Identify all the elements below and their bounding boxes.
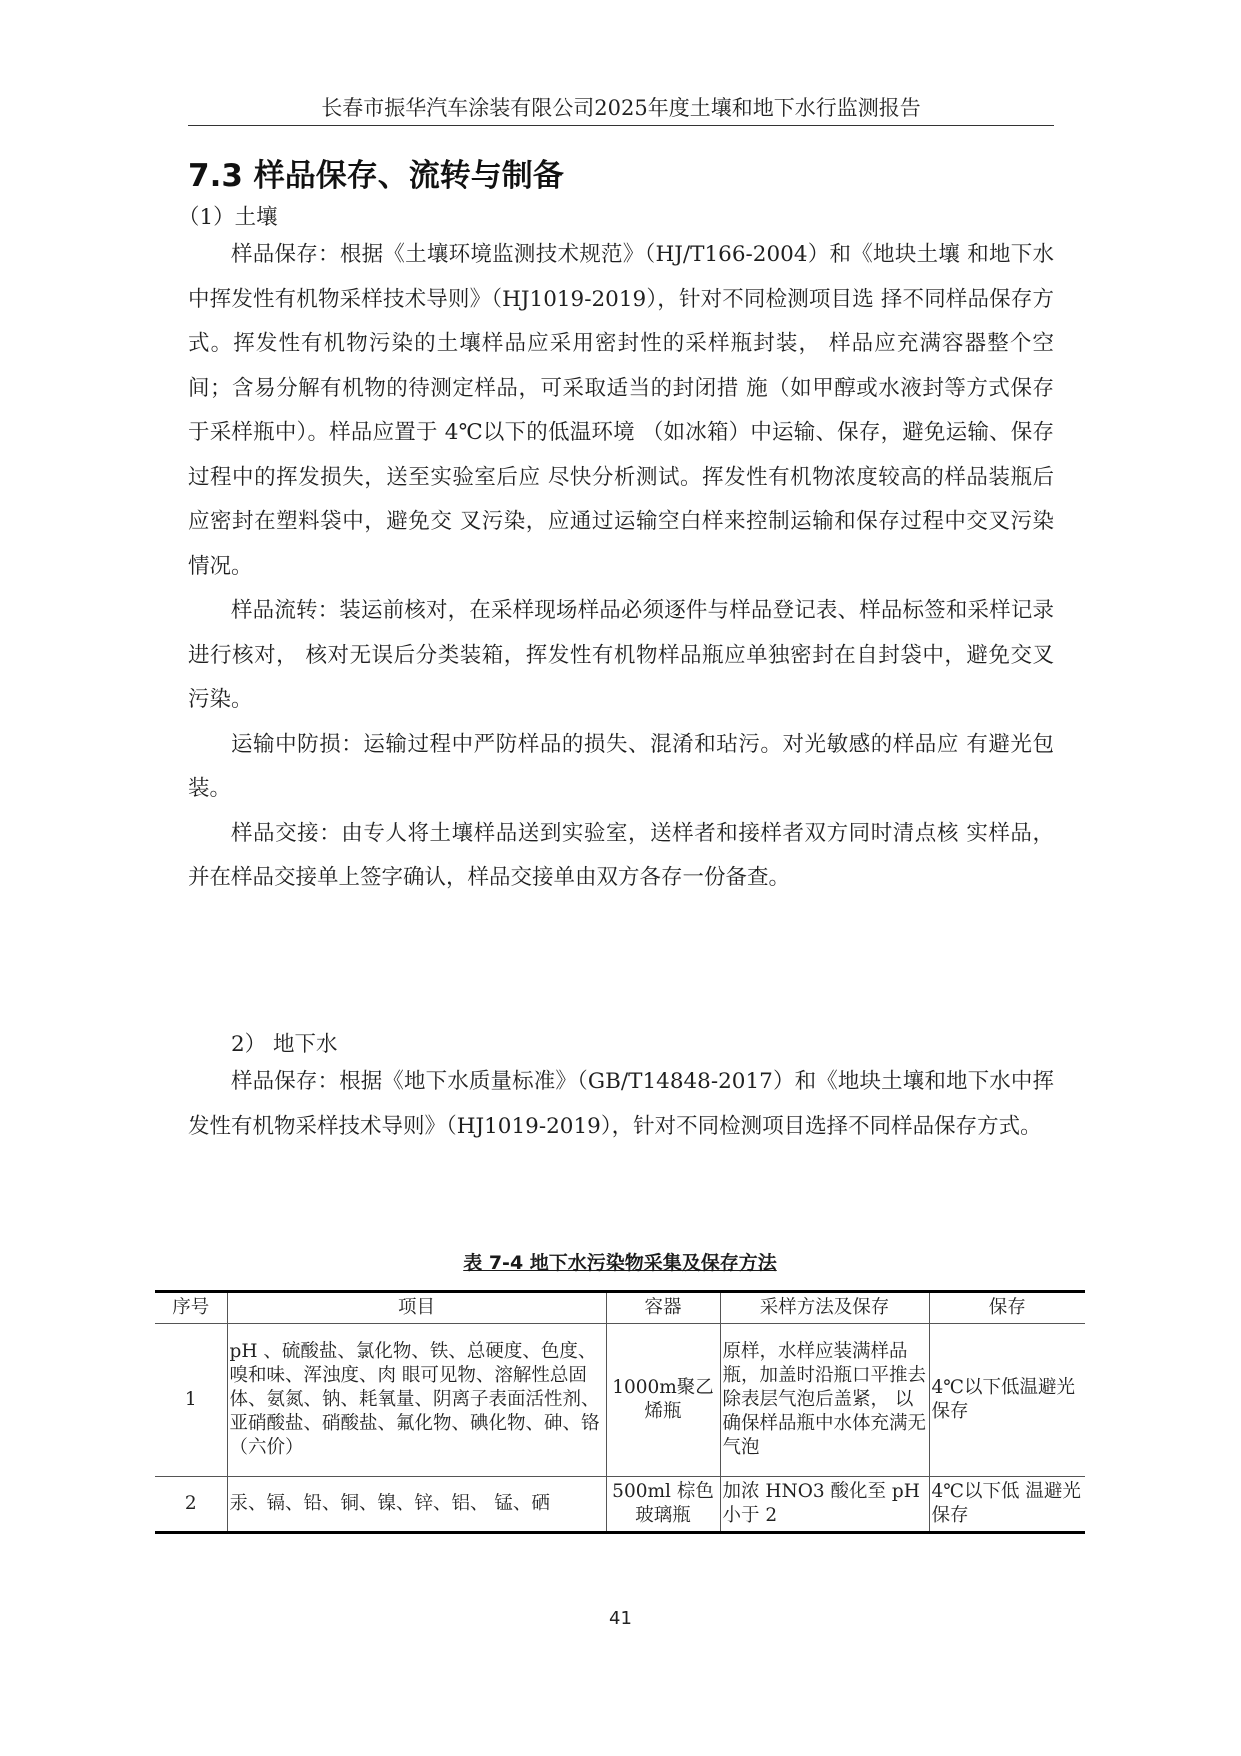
groundwater-sampling-table: 序号 项目 容器 采样方法及保存 保存 1 pH 、硫酸盐、氯化物、铁、总硬度、… [155, 1290, 1085, 1534]
soil-heading: （1）土壤 [178, 200, 278, 231]
cell-items: 汞、镉、铅、铜、镍、锌、铝、 锰、硒 [227, 1477, 606, 1533]
cell-container: 1000m聚乙烯瓶 [606, 1324, 720, 1477]
running-header: 长春市振华汽车涂装有限公司2025年度土壤和地下水行监测报告 [188, 92, 1054, 122]
table-caption-text: 表 7-4 地下水污染物采集及保存方法 [463, 1252, 777, 1274]
groundwater-heading: 2） 地下水 [231, 1027, 338, 1058]
column-header-items: 项目 [227, 1292, 606, 1324]
table-row: 1 pH 、硫酸盐、氯化物、铁、总硬度、色度、嗅和味、浑浊度、肉 眼可见物、溶解… [155, 1324, 1085, 1477]
column-header-method: 采样方法及保存 [720, 1292, 929, 1324]
soil-section: 样品保存：根据《土壤环境监测技术规范》（HJ/T166-2004）和《地块土壤 … [188, 233, 1054, 901]
cell-storage: 4℃以下低温避光保存 [929, 1324, 1085, 1477]
table-row: 2 汞、镉、铅、铜、镍、锌、铝、 锰、硒 500ml 棕色玻璃瓶 加浓 HNO3… [155, 1477, 1085, 1533]
header-divider [188, 125, 1054, 126]
section-title: 7.3 样品保存、流转与制备 [188, 150, 564, 195]
cell-storage: 4℃以下低 温避光保存 [929, 1477, 1085, 1533]
column-header-no: 序号 [155, 1292, 227, 1324]
page-number: 41 [0, 1608, 1241, 1629]
column-header-storage: 保存 [929, 1292, 1085, 1324]
table-caption: 表 7-4 地下水污染物采集及保存方法 [155, 1248, 1085, 1275]
cell-container: 500ml 棕色玻璃瓶 [606, 1477, 720, 1533]
column-header-container: 容器 [606, 1292, 720, 1324]
cell-method: 加浓 HNO3 酸化至 pH 小于 2 [720, 1477, 929, 1533]
table-header-row: 序号 项目 容器 采样方法及保存 保存 [155, 1292, 1085, 1324]
soil-paragraph-storage: 样品保存：根据《土壤环境监测技术规范》（HJ/T166-2004）和《地块土壤 … [188, 233, 1054, 589]
groundwater-paragraph-storage: 样品保存：根据《地下水质量标准》（GB/T14848-2017）和《地块土壤和地… [188, 1060, 1054, 1149]
cell-items: pH 、硫酸盐、氯化物、铁、总硬度、色度、嗅和味、浑浊度、肉 眼可见物、溶解性总… [227, 1324, 606, 1477]
cell-no: 2 [155, 1477, 227, 1533]
cell-no: 1 [155, 1324, 227, 1477]
groundwater-section: 样品保存：根据《地下水质量标准》（GB/T14848-2017）和《地块土壤和地… [188, 1060, 1054, 1149]
cell-method: 原样，水样应装满样品瓶，加盖时沿瓶口平推去除表层气泡后盖紧， 以确保样品瓶中水体… [720, 1324, 929, 1477]
soil-paragraph-transfer: 样品流转：装运前核对，在采样现场样品必须逐件与样品登记表、样品标签和采样记录 进… [188, 589, 1054, 723]
soil-paragraph-transport: 运输中防损：运输过程中严防样品的损失、混淆和玷污。对光敏感的样品应 有避光包装。 [188, 723, 1054, 812]
soil-paragraph-handover: 样品交接：由专人将土壤样品送到实验室，送样者和接样者双方同时清点核 实样品，并在… [188, 812, 1054, 901]
